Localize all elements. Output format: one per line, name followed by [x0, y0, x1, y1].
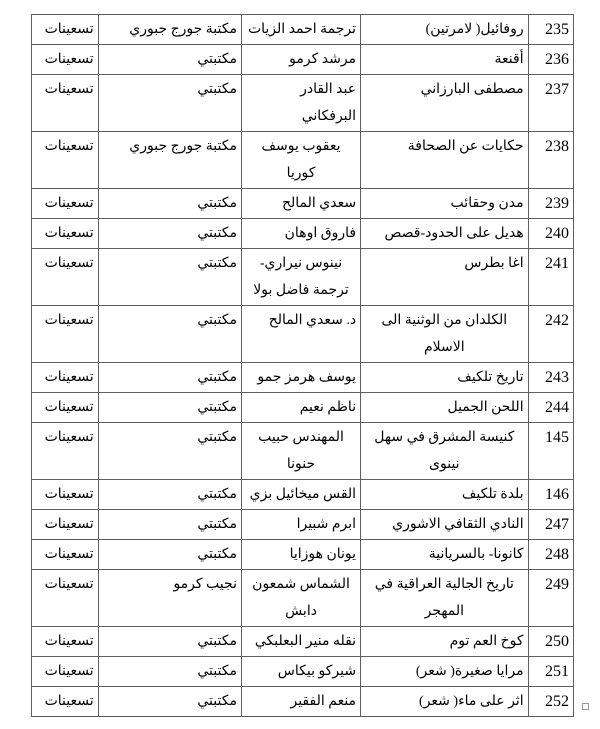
- author-cell: ترجمة احمد الزيات: [241, 15, 360, 45]
- author-cell: يوسف هرمز جمو: [241, 363, 360, 393]
- library-source-cell: مكتبتي: [98, 510, 241, 540]
- library-source-cell: مكتبتي: [98, 657, 241, 687]
- book-title-cell: كوخ العم توم: [361, 627, 529, 657]
- decade-cell: تسعينات: [32, 687, 99, 717]
- decade-cell: تسعينات: [32, 540, 99, 570]
- table-row: 239 مدن وحقائب سعدي المالح مكتبتي تسعينا…: [32, 189, 574, 219]
- author-cell: عبد القادر البرفكاني: [241, 75, 360, 132]
- table-row: 236 أقنعة مرشد كرمو مكتبتي تسعينات: [32, 45, 574, 75]
- library-source-cell: مكتبة جورج جبوري: [98, 15, 241, 45]
- book-title-cell: تاريخ تلكيف: [361, 363, 529, 393]
- decade-cell: تسعينات: [32, 657, 99, 687]
- table-row: 251 مرايا صغيرة( شعر) شيركو بيكاس مكتبتي…: [32, 657, 574, 687]
- decade-cell: تسعينات: [32, 249, 99, 306]
- library-source-cell: مكتبتي: [98, 219, 241, 249]
- table-row: 241 اغا بطرس نينوس نيراري- ترجمة فاضل بو…: [32, 249, 574, 306]
- table-row: 238 حكايات عن الصحافة يعقوب يوسف كوريا م…: [32, 132, 574, 189]
- decade-cell: تسعينات: [32, 570, 99, 627]
- table-row: 242 الكلدان من الوثنية الى الاسلام د. سع…: [32, 306, 574, 363]
- book-title-cell: بلدة تلكيف: [361, 480, 529, 510]
- decade-cell: تسعينات: [32, 45, 99, 75]
- decade-cell: تسعينات: [32, 15, 99, 45]
- author-cell: الشماس شمعون دابش: [241, 570, 360, 627]
- table-row: 237 مصطفى البارزاني عبد القادر البرفكاني…: [32, 75, 574, 132]
- decade-cell: تسعينات: [32, 627, 99, 657]
- table-body: 235 روفائيل( لامرتين) ترجمة احمد الزيات …: [32, 15, 574, 717]
- serial-number-cell: 242: [528, 306, 573, 363]
- table-row: 249 تاريخ الجالية العراقية في المهجر الش…: [32, 570, 574, 627]
- serial-number-cell: 237: [528, 75, 573, 132]
- library-source-cell: مكتبتي: [98, 393, 241, 423]
- book-title-cell: أقنعة: [361, 45, 529, 75]
- serial-number-cell: 243: [528, 363, 573, 393]
- table-row: 146 بلدة تلكيف القس ميخائيل بزي مكتبتي ت…: [32, 480, 574, 510]
- decade-cell: تسعينات: [32, 363, 99, 393]
- author-cell: يعقوب يوسف كوريا: [241, 132, 360, 189]
- book-title-cell: اغا بطرس: [361, 249, 529, 306]
- book-title-cell: حكايات عن الصحافة: [361, 132, 529, 189]
- author-cell: فاروق اوهان: [241, 219, 360, 249]
- decade-cell: تسعينات: [32, 75, 99, 132]
- table-resize-handle[interactable]: [582, 703, 589, 710]
- serial-number-cell: 146: [528, 480, 573, 510]
- author-cell: يونان هوزايا: [241, 540, 360, 570]
- document-page: { "document": { "language": "ar", "direc…: [0, 0, 600, 729]
- table-row: 235 روفائيل( لامرتين) ترجمة احمد الزيات …: [32, 15, 574, 45]
- book-title-cell: الكلدان من الوثنية الى الاسلام: [361, 306, 529, 363]
- book-title-cell: اللحن الجميل: [361, 393, 529, 423]
- serial-number-cell: 235: [528, 15, 573, 45]
- author-cell: منعم الفقير: [241, 687, 360, 717]
- serial-number-cell: 250: [528, 627, 573, 657]
- book-title-cell: كانونا- بالسريانية: [361, 540, 529, 570]
- decade-cell: تسعينات: [32, 480, 99, 510]
- book-title-cell: اثر على ماء( شعر): [361, 687, 529, 717]
- library-source-cell: مكتبتي: [98, 480, 241, 510]
- library-source-cell: مكتبتي: [98, 363, 241, 393]
- serial-number-cell: 241: [528, 249, 573, 306]
- table-row: 240 هديل على الحدود-قصص فاروق اوهان مكتب…: [32, 219, 574, 249]
- library-source-cell: مكتبتي: [98, 249, 241, 306]
- book-title-cell: النادي الثقافي الاشوري: [361, 510, 529, 540]
- serial-number-cell: 145: [528, 423, 573, 480]
- library-source-cell: مكتبتي: [98, 306, 241, 363]
- author-cell: ابرم شبيرا: [241, 510, 360, 540]
- book-title-cell: تاريخ الجالية العراقية في المهجر: [361, 570, 529, 627]
- book-title-cell: مصطفى البارزاني: [361, 75, 529, 132]
- book-title-cell: روفائيل( لامرتين): [361, 15, 529, 45]
- table-row: 244 اللحن الجميل ناظم نعيم مكتبتي تسعينا…: [32, 393, 574, 423]
- library-source-cell: مكتبتي: [98, 540, 241, 570]
- book-title-cell: مرايا صغيرة( شعر): [361, 657, 529, 687]
- serial-number-cell: 240: [528, 219, 573, 249]
- library-source-cell: مكتبتي: [98, 75, 241, 132]
- books-table: 235 روفائيل( لامرتين) ترجمة احمد الزيات …: [31, 14, 574, 717]
- table-row: 145 كنيسة المشرق في سهل نينوى المهندس حب…: [32, 423, 574, 480]
- author-cell: نينوس نيراري- ترجمة فاضل بولا: [241, 249, 360, 306]
- decade-cell: تسعينات: [32, 132, 99, 189]
- decade-cell: تسعينات: [32, 219, 99, 249]
- serial-number-cell: 244: [528, 393, 573, 423]
- book-title-cell: كنيسة المشرق في سهل نينوى: [361, 423, 529, 480]
- serial-number-cell: 252: [528, 687, 573, 717]
- serial-number-cell: 249: [528, 570, 573, 627]
- serial-number-cell: 236: [528, 45, 573, 75]
- decade-cell: تسعينات: [32, 423, 99, 480]
- table-row: 250 كوخ العم توم نقله منير البعلبكي مكتب…: [32, 627, 574, 657]
- author-cell: نقله منير البعلبكي: [241, 627, 360, 657]
- library-source-cell: مكتبتي: [98, 687, 241, 717]
- author-cell: ناظم نعيم: [241, 393, 360, 423]
- author-cell: سعدي المالح: [241, 189, 360, 219]
- author-cell: مرشد كرمو: [241, 45, 360, 75]
- decade-cell: تسعينات: [32, 510, 99, 540]
- library-source-cell: مكتبتي: [98, 189, 241, 219]
- book-title-cell: هديل على الحدود-قصص: [361, 219, 529, 249]
- library-source-cell: مكتبة جورج جبوري: [98, 132, 241, 189]
- author-cell: المهندس حبيب حنونا: [241, 423, 360, 480]
- table-row: 243 تاريخ تلكيف يوسف هرمز جمو مكتبتي تسع…: [32, 363, 574, 393]
- author-cell: القس ميخائيل بزي: [241, 480, 360, 510]
- table-row: 247 النادي الثقافي الاشوري ابرم شبيرا مك…: [32, 510, 574, 540]
- library-source-cell: مكتبتي: [98, 45, 241, 75]
- decade-cell: تسعينات: [32, 189, 99, 219]
- table-row: 248 كانونا- بالسريانية يونان هوزايا مكتب…: [32, 540, 574, 570]
- serial-number-cell: 247: [528, 510, 573, 540]
- book-title-cell: مدن وحقائب: [361, 189, 529, 219]
- serial-number-cell: 238: [528, 132, 573, 189]
- serial-number-cell: 251: [528, 657, 573, 687]
- table-row: 252 اثر على ماء( شعر) منعم الفقير مكتبتي…: [32, 687, 574, 717]
- library-source-cell: نجيب كرمو: [98, 570, 241, 627]
- author-cell: د. سعدي المالح: [241, 306, 360, 363]
- decade-cell: تسعينات: [32, 306, 99, 363]
- decade-cell: تسعينات: [32, 393, 99, 423]
- serial-number-cell: 239: [528, 189, 573, 219]
- author-cell: شيركو بيكاس: [241, 657, 360, 687]
- library-source-cell: مكتبتي: [98, 627, 241, 657]
- library-source-cell: مكتبتي: [98, 423, 241, 480]
- serial-number-cell: 248: [528, 540, 573, 570]
